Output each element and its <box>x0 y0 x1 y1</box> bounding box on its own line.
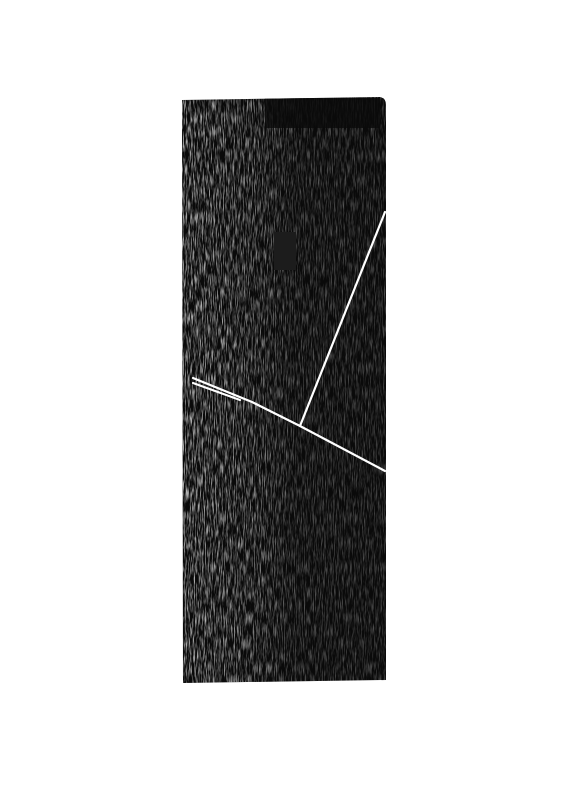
dark-inset-rectangle <box>274 232 296 270</box>
monoprint-artwork <box>0 0 566 801</box>
